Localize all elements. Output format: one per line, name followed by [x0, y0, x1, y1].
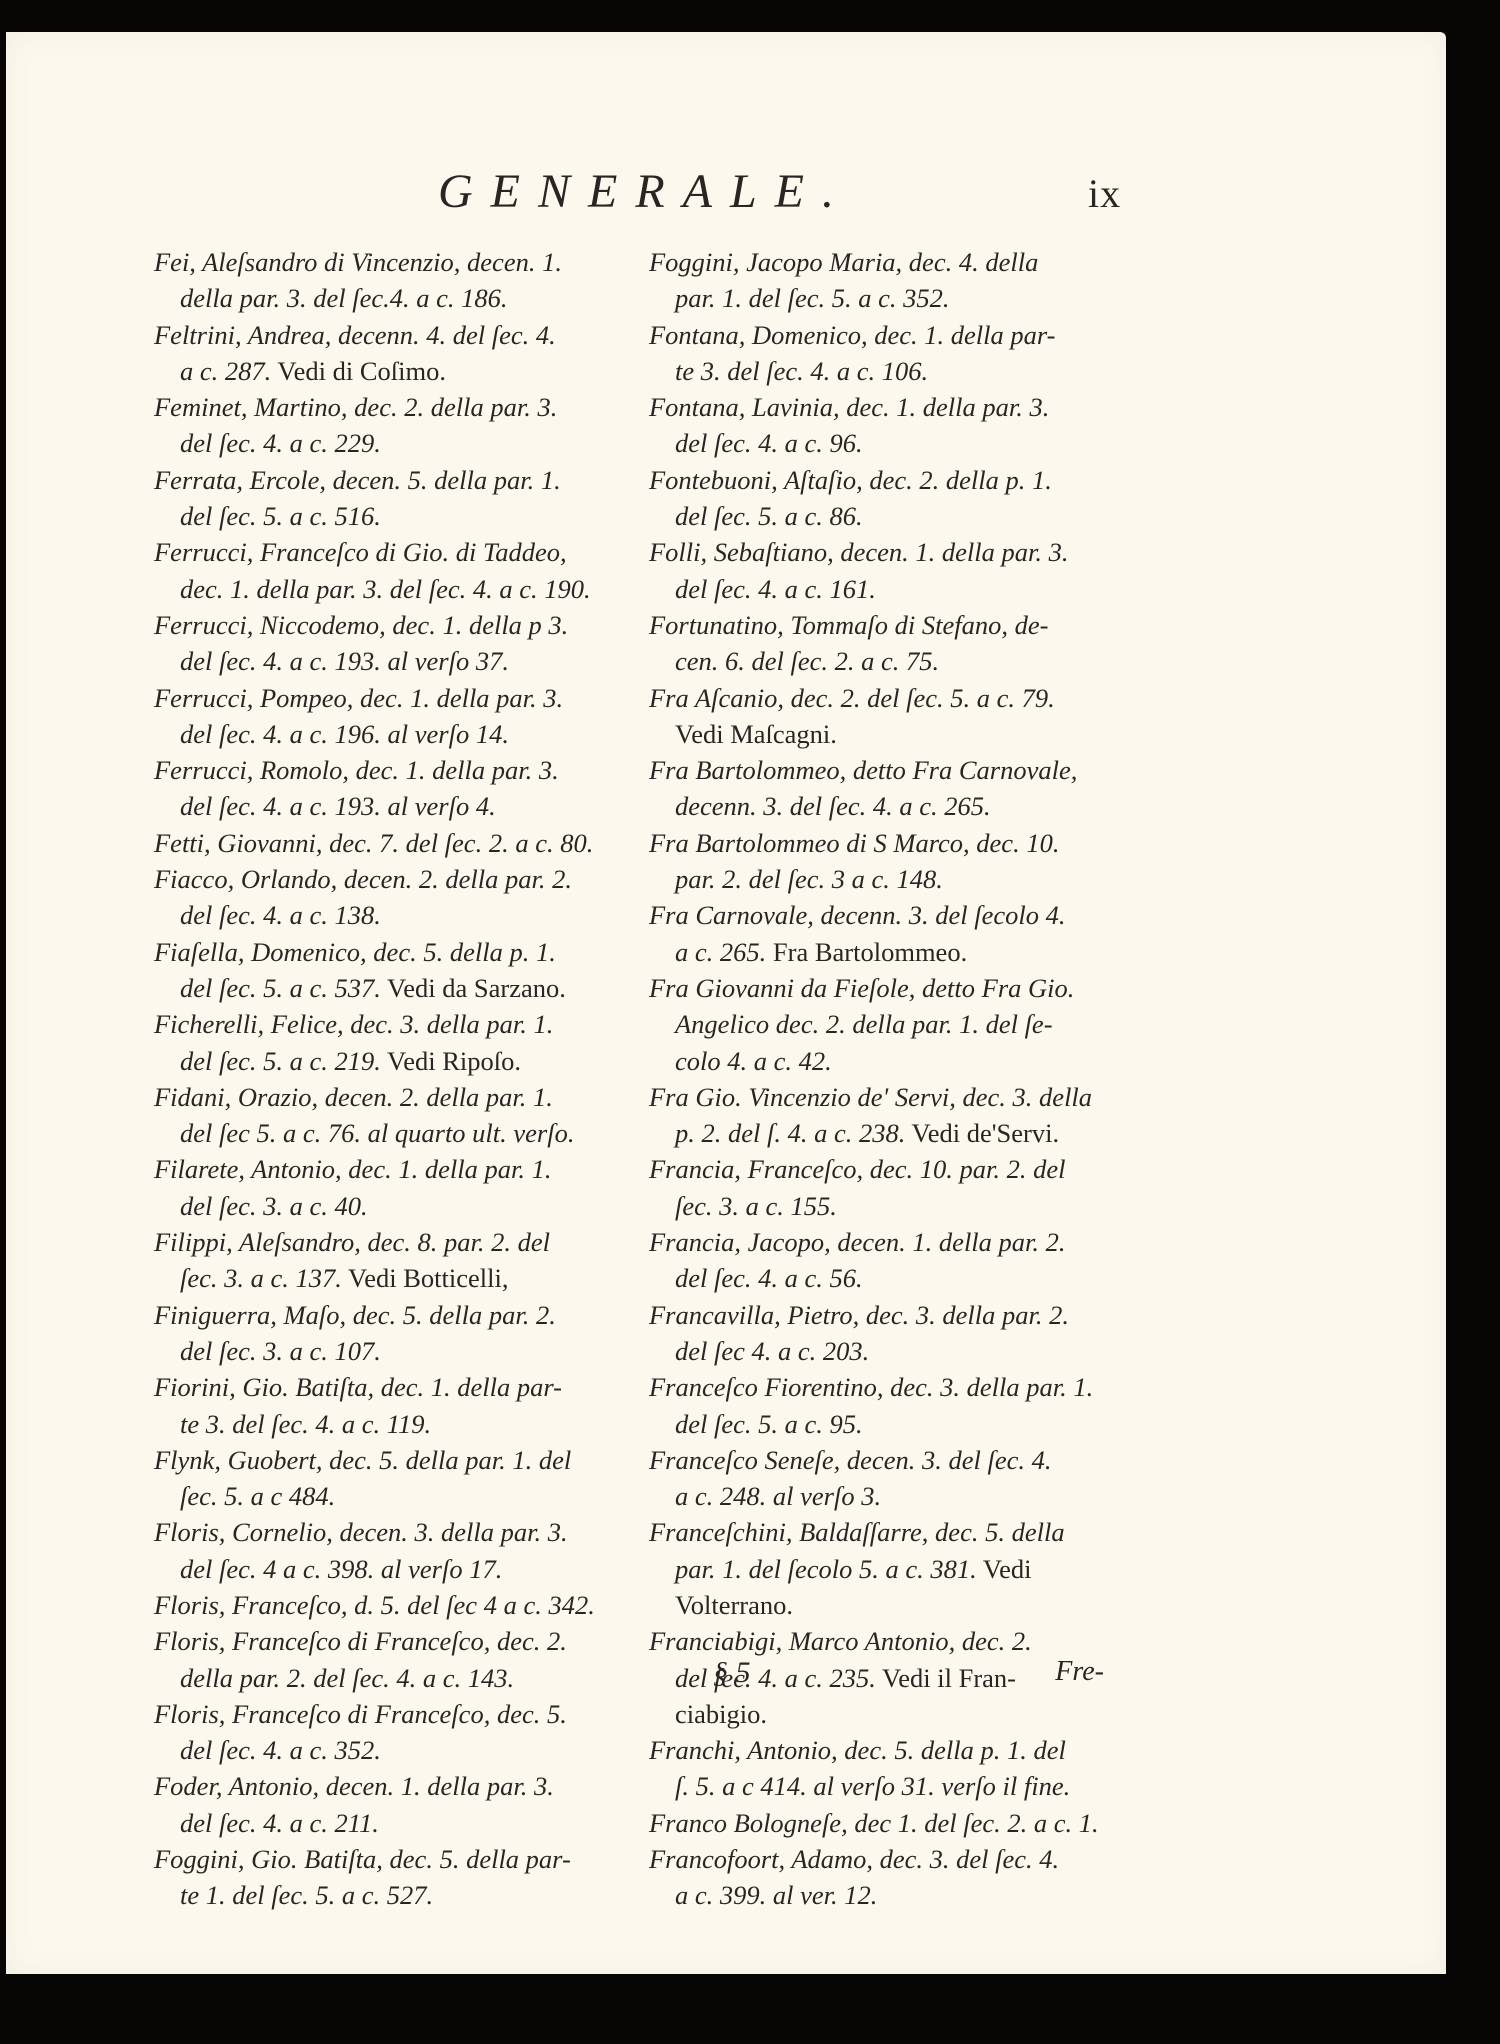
- entry-text: ſec. 3. a c. 155.: [675, 1191, 837, 1221]
- entry-text: p. 2. del ſ. 4. a c. 238.: [675, 1118, 905, 1148]
- entry-heading-line: Franco Bologneſe, dec 1. del ſec. 2. a c…: [649, 1805, 1144, 1841]
- entry-text: del ſec. 5. a c. 516.: [180, 501, 381, 531]
- entry-heading-line: Ferrucci, Niccodemo, dec. 1. della p 3.: [154, 607, 614, 643]
- entry-text: Francofoort, Adamo, dec. 3. del ſec. 4.: [649, 1844, 1059, 1874]
- entry-text: Angelico dec. 2. della par. 1. del ſe-: [675, 1009, 1053, 1039]
- entry-text: del ſec. 4. a c. 196. al verſo 14.: [180, 719, 509, 749]
- entry-text: Folli, Sebaſtiano, decen. 1. della par. …: [649, 537, 1069, 567]
- entry-continuation-line: Volterrano.: [649, 1587, 1144, 1623]
- entry-heading-line: Foder, Antonio, decen. 1. della par. 3.: [154, 1768, 614, 1804]
- entry-continuation-line: del ſec. 4. a c. 211.: [154, 1805, 614, 1841]
- entry-text: Foder, Antonio, decen. 1. della par. 3.: [154, 1771, 554, 1801]
- entry-continuation-line: Vedi Maſcagni.: [649, 716, 1144, 752]
- running-title: GENERALE.: [438, 164, 852, 219]
- entry-text: Fontana, Lavinia, dec. 1. della par. 3.: [649, 392, 1049, 422]
- entry-text: del ſec. 4. a c. 138.: [180, 900, 381, 930]
- entry-heading-line: Fetti, Giovanni, dec. 7. del ſec. 2. a c…: [154, 825, 614, 861]
- entry-continuation-line: del ſec. 4. a c. 96.: [649, 425, 1144, 461]
- entry-text: Filippi, Aleſsandro, dec. 8. par. 2. del: [154, 1227, 550, 1257]
- entry-text: par. 2. del ſec. 3 a c. 148.: [675, 864, 943, 894]
- index-entry: Ferrata, Ercole, decen. 5. della par. 1.…: [154, 462, 614, 535]
- index-entry: Feltrini, Andrea, decenn. 4. del ſec. 4.…: [154, 317, 614, 390]
- entry-continuation-line: ſec. 3. a c. 137. Vedi Botticelli,: [154, 1260, 614, 1296]
- entry-text: Ferrucci, Romolo, dec. 1. della par. 3.: [154, 755, 559, 785]
- entry-text: Ferrucci, Pompeo, dec. 1. della par. 3.: [154, 683, 563, 713]
- entry-text: del ſec. 5. a c. 219.: [180, 1046, 381, 1076]
- entry-text: Finiguerra, Maſo, dec. 5. della par. 2.: [154, 1300, 556, 1330]
- entry-continuation-line: ſec. 3. a c. 155.: [649, 1188, 1144, 1224]
- entry-continuation-line: del ſec. 4. a c. 56.: [649, 1260, 1144, 1296]
- entry-heading-line: Fortunatino, Tommaſo di Stefano, de-: [649, 607, 1144, 643]
- entry-heading-line: Francavilla, Pietro, dec. 3. della par. …: [649, 1297, 1144, 1333]
- entry-heading-line: Fiacco, Orlando, decen. 2. della par. 2.: [154, 861, 614, 897]
- index-entry: Filarete, Antonio, dec. 1. della par. 1.…: [154, 1151, 614, 1224]
- entry-heading-line: Fontana, Lavinia, dec. 1. della par. 3.: [649, 389, 1144, 425]
- entry-continuation-line: della par. 3. del ſec.4. a c. 186.: [154, 280, 614, 316]
- index-entry: Fra Aſcanio, dec. 2. del ſec. 5. a c. 79…: [649, 680, 1144, 753]
- entry-text: Franceſco Seneſe, decen. 3. del ſec. 4.: [649, 1445, 1051, 1475]
- entry-text: del ſec 4. a c. 203.: [675, 1336, 869, 1366]
- entry-continuation-line: a c. 287. Vedi di Coſimo.: [154, 353, 614, 389]
- entry-heading-line: Fei, Aleſsandro di Vincenzio, decen. 1.: [154, 244, 614, 280]
- entry-heading-line: Filippi, Aleſsandro, dec. 8. par. 2. del: [154, 1224, 614, 1260]
- entry-text: Fra Gio. Vincenzio de' Servi, dec. 3. de…: [649, 1082, 1092, 1112]
- index-entry: Francia, Jacopo, decen. 1. della par. 2.…: [649, 1224, 1144, 1297]
- entry-continuation-line: par. 1. del ſec. 5. a c. 352.: [649, 280, 1144, 316]
- entry-heading-line: Francia, Jacopo, decen. 1. della par. 2.: [649, 1224, 1144, 1260]
- cross-reference: Vedi da Sarzano.: [381, 973, 566, 1003]
- book-page: GENERALE. ix Fei, Aleſsandro di Vincenzi…: [6, 32, 1446, 1974]
- entry-text: Francia, Jacopo, decen. 1. della par. 2.: [649, 1227, 1066, 1257]
- cross-reference: ciabigio.: [675, 1699, 767, 1729]
- entry-text: della par. 3. del ſec.4. a c. 186.: [180, 283, 508, 313]
- entry-text: te 3. del ſec. 4. a c. 119.: [180, 1409, 431, 1439]
- entry-text: Fontebuoni, Aſtaſio, dec. 2. della p. 1.: [649, 465, 1052, 495]
- entry-continuation-line: della par. 2. del ſec. 4. a c. 143.: [154, 1660, 614, 1696]
- entry-text: te 3. del ſec. 4. a c. 106.: [675, 356, 928, 386]
- entry-text: a c. 248. al verſo 3.: [675, 1481, 881, 1511]
- index-entry: Foder, Antonio, decen. 1. della par. 3.d…: [154, 1768, 614, 1841]
- page-number: ix: [1088, 170, 1121, 217]
- cross-reference: Vedi di Coſimo.: [271, 356, 446, 386]
- entry-text: par. 1. del ſecolo 5. a c. 381.: [675, 1554, 977, 1584]
- entry-text: Franciabigi, Marco Antonio, dec. 2.: [649, 1626, 1032, 1656]
- entry-continuation-line: cen. 6. del ſec. 2. a c. 75.: [649, 643, 1144, 679]
- entry-continuation-line: a c. 248. al verſo 3.: [649, 1478, 1144, 1514]
- entry-heading-line: Franchi, Antonio, dec. 5. della p. 1. de…: [649, 1732, 1144, 1768]
- entry-continuation-line: del ſec. 4. a c. 193. al verſo 4.: [154, 788, 614, 824]
- entry-heading-line: Fra Bartolommeo, detto Fra Carnovale,: [649, 752, 1144, 788]
- entry-text: Franchi, Antonio, dec. 5. della p. 1. de…: [649, 1735, 1066, 1765]
- entry-text: Fra Giovanni da Fieſole, detto Fra Gio.: [649, 973, 1074, 1003]
- index-entry: Fra Bartolommeo, detto Fra Carnovale,dec…: [649, 752, 1144, 825]
- index-entry: Fetti, Giovanni, dec. 7. del ſec. 2. a c…: [154, 825, 614, 861]
- entry-continuation-line: decenn. 3. del ſec. 4. a c. 265.: [649, 788, 1144, 824]
- index-entry: Ferrucci, Romolo, dec. 1. della par. 3.d…: [154, 752, 614, 825]
- index-entry: Fra Giovanni da Fieſole, detto Fra Gio.A…: [649, 970, 1144, 1079]
- entry-text: del ſec. 5. a c. 95.: [675, 1409, 863, 1439]
- index-entry: Fontana, Domenico, dec. 1. della par-te …: [649, 317, 1144, 390]
- entry-text: Ferrucci, Niccodemo, dec. 1. della p 3.: [154, 610, 568, 640]
- entry-text: par. 1. del ſec. 5. a c. 352.: [675, 283, 950, 313]
- entry-heading-line: Fra Giovanni da Fieſole, detto Fra Gio.: [649, 970, 1144, 1006]
- entry-continuation-line: ciabigio.: [649, 1696, 1144, 1732]
- entry-heading-line: Fontana, Domenico, dec. 1. della par-: [649, 317, 1144, 353]
- entry-heading-line: Ficherelli, Felice, dec. 3. della par. 1…: [154, 1006, 614, 1042]
- entry-text: ſ. 5. a c 414. al verſo 31. verſo il fin…: [675, 1771, 1070, 1801]
- entry-continuation-line: del ſec. 5. a c. 219. Vedi Ripoſo.: [154, 1043, 614, 1079]
- entry-continuation-line: p. 2. del ſ. 4. a c. 238. Vedi de'Servi.: [649, 1115, 1144, 1151]
- entry-text: Fiorini, Gio. Batiſta, dec. 1. della par…: [154, 1372, 562, 1402]
- entry-heading-line: Fra Carnovale, decenn. 3. del ſecolo 4.: [649, 897, 1144, 933]
- entry-heading-line: Fidani, Orazio, decen. 2. della par. 1.: [154, 1079, 614, 1115]
- entry-continuation-line: del ſec. 4 a c. 398. al verſo 17.: [154, 1551, 614, 1587]
- entry-text: Fra Carnovale, decenn. 3. del ſecolo 4.: [649, 900, 1066, 930]
- entry-continuation-line: te 1. del ſec. 5. a c. 527.: [154, 1877, 614, 1913]
- entry-text: Franceſchini, Baldaſſarre, dec. 5. della: [649, 1517, 1065, 1547]
- cross-reference: Volterrano.: [675, 1590, 793, 1620]
- entry-heading-line: Foggini, Jacopo Maria, dec. 4. della: [649, 244, 1144, 280]
- catchword: Fre-: [1055, 1656, 1104, 1688]
- entry-text: Fetti, Giovanni, dec. 7. del ſec. 2. a c…: [154, 828, 593, 858]
- index-entry: Fiacco, Orlando, decen. 2. della par. 2.…: [154, 861, 614, 934]
- entry-text: colo 4. a c. 42.: [675, 1046, 832, 1076]
- entry-continuation-line: Angelico dec. 2. della par. 1. del ſe-: [649, 1006, 1144, 1042]
- index-entry: Franceſchini, Baldaſſarre, dec. 5. della…: [649, 1514, 1144, 1623]
- entry-text: Fortunatino, Tommaſo di Stefano, de-: [649, 610, 1048, 640]
- entry-text: Fidani, Orazio, decen. 2. della par. 1.: [154, 1082, 553, 1112]
- entry-continuation-line: a c. 265. Fra Bartolommeo.: [649, 934, 1144, 970]
- entry-text: del ſec. 4 a c. 398. al verſo 17.: [180, 1554, 502, 1584]
- index-entry: Fontana, Lavinia, dec. 1. della par. 3.d…: [649, 389, 1144, 462]
- entry-heading-line: Fiorini, Gio. Batiſta, dec. 1. della par…: [154, 1369, 614, 1405]
- index-entry: Floris, Cornelio, decen. 3. della par. 3…: [154, 1514, 614, 1587]
- entry-text: Floris, Franceſco, d. 5. del ſec 4 a c. …: [154, 1590, 595, 1620]
- index-entry: Floris, Franceſco di Franceſco, dec. 2.d…: [154, 1623, 614, 1696]
- index-entry: Fiaſella, Domenico, dec. 5. della p. 1.d…: [154, 934, 614, 1007]
- entry-continuation-line: par. 2. del ſec. 3 a c. 148.: [649, 861, 1144, 897]
- entry-heading-line: Finiguerra, Maſo, dec. 5. della par. 2.: [154, 1297, 614, 1333]
- entry-text: Fra Bartolommeo di S Marco, dec. 10.: [649, 828, 1059, 858]
- signature-mark: § 5: [713, 1656, 751, 1690]
- entry-heading-line: Fra Aſcanio, dec. 2. del ſec. 5. a c. 79…: [649, 680, 1144, 716]
- entry-text: Fra Aſcanio, dec. 2. del ſec. 5. a c. 79…: [649, 683, 1055, 713]
- entry-text: del ſec. 4. a c. 229.: [180, 428, 381, 458]
- entry-text: Fiaſella, Domenico, dec. 5. della p. 1.: [154, 937, 556, 967]
- entry-text: Ferrucci, Franceſco di Gio. di Taddeo,: [154, 537, 567, 567]
- entry-continuation-line: dec. 1. della par. 3. del ſec. 4. a c. 1…: [154, 571, 614, 607]
- entry-text: del ſec. 4. a c. 161.: [675, 574, 876, 604]
- entry-text: del ſec. 3. a c. 107.: [180, 1336, 381, 1366]
- entry-text: a c. 287.: [180, 356, 271, 386]
- entry-text: Flynk, Guobert, dec. 5. della par. 1. de…: [154, 1445, 571, 1475]
- entry-heading-line: Ferrata, Ercole, decen. 5. della par. 1.: [154, 462, 614, 498]
- entry-text: del ſec. 3. a c. 40.: [180, 1191, 368, 1221]
- entry-continuation-line: del ſec. 4. a c. 138.: [154, 897, 614, 933]
- entry-continuation-line: del ſec. 3. a c. 40.: [154, 1188, 614, 1224]
- entry-text: te 1. del ſec. 5. a c. 527.: [180, 1880, 433, 1910]
- index-entry: Feminet, Martino, dec. 2. della par. 3.d…: [154, 389, 614, 462]
- index-entry: Francavilla, Pietro, dec. 3. della par. …: [649, 1297, 1144, 1370]
- entry-heading-line: Flynk, Guobert, dec. 5. della par. 1. de…: [154, 1442, 614, 1478]
- entry-continuation-line: del ſec. 4. a c. 161.: [649, 571, 1144, 607]
- entry-heading-line: Floris, Franceſco, d. 5. del ſec 4 a c. …: [154, 1587, 614, 1623]
- index-entry: Ferrucci, Pompeo, dec. 1. della par. 3.d…: [154, 680, 614, 753]
- entry-heading-line: Fontebuoni, Aſtaſio, dec. 2. della p. 1.: [649, 462, 1144, 498]
- entry-text: a c. 265.: [675, 937, 766, 967]
- entry-heading-line: Feminet, Martino, dec. 2. della par. 3.: [154, 389, 614, 425]
- entry-text: Ficherelli, Felice, dec. 3. della par. 1…: [154, 1009, 553, 1039]
- entry-heading-line: Ferrucci, Franceſco di Gio. di Taddeo,: [154, 534, 614, 570]
- entry-text: del ſec. 4. a c. 352.: [180, 1735, 381, 1765]
- entry-continuation-line: del ſec. 4. a c. 196. al verſo 14.: [154, 716, 614, 752]
- index-entry: Fontebuoni, Aſtaſio, dec. 2. della p. 1.…: [649, 462, 1144, 535]
- index-entry: Franco Bologneſe, dec 1. del ſec. 2. a c…: [649, 1805, 1144, 1841]
- cross-reference: Vedi Maſcagni.: [675, 719, 837, 749]
- index-entry: Folli, Sebaſtiano, decen. 1. della par. …: [649, 534, 1144, 607]
- entry-text: Ferrata, Ercole, decen. 5. della par. 1.: [154, 465, 561, 495]
- entry-text: del ſec. 4. a c. 193. al verſo 37.: [180, 646, 509, 676]
- index-entry: Fortunatino, Tommaſo di Stefano, de-cen.…: [649, 607, 1144, 680]
- index-entry: Franchi, Antonio, dec. 5. della p. 1. de…: [649, 1732, 1144, 1805]
- entry-heading-line: Feltrini, Andrea, decenn. 4. del ſec. 4.: [154, 317, 614, 353]
- entry-heading-line: Franciabigi, Marco Antonio, dec. 2.: [649, 1623, 1144, 1659]
- entry-text: del ſec 5. a c. 76. al quarto ult. verſo…: [180, 1118, 575, 1148]
- entry-text: Francavilla, Pietro, dec. 3. della par. …: [649, 1300, 1069, 1330]
- entry-text: Floris, Franceſco di Franceſco, dec. 5.: [154, 1699, 567, 1729]
- index-entry: Ficherelli, Felice, dec. 3. della par. 1…: [154, 1006, 614, 1079]
- entry-text: a c. 399. al ver. 12.: [675, 1880, 877, 1910]
- index-entry: Ferrucci, Franceſco di Gio. di Taddeo,de…: [154, 534, 614, 607]
- entry-heading-line: Fra Gio. Vincenzio de' Servi, dec. 3. de…: [649, 1079, 1144, 1115]
- entry-text: del ſec. 5. a c. 537.: [180, 973, 381, 1003]
- index-entry: Fra Carnovale, decenn. 3. del ſecolo 4.a…: [649, 897, 1144, 970]
- index-entry: Fidani, Orazio, decen. 2. della par. 1.d…: [154, 1079, 614, 1152]
- entry-heading-line: Franceſco Seneſe, decen. 3. del ſec. 4.: [649, 1442, 1144, 1478]
- index-entry: Fra Bartolommeo di S Marco, dec. 10.par.…: [649, 825, 1144, 898]
- entry-text: Franceſco Fiorentino, dec. 3. della par.…: [649, 1372, 1093, 1402]
- entry-continuation-line: par. 1. del ſecolo 5. a c. 381. Vedi: [649, 1551, 1144, 1587]
- entry-text: Floris, Franceſco di Franceſco, dec. 2.: [154, 1626, 567, 1656]
- entry-text: dec. 1. della par. 3. del ſec. 4. a c. 1…: [180, 574, 591, 604]
- entry-continuation-line: del ſec. 4. a c. 352.: [154, 1732, 614, 1768]
- index-entry: Franceſco Seneſe, decen. 3. del ſec. 4.a…: [649, 1442, 1144, 1515]
- index-entry: Franceſco Fiorentino, dec. 3. della par.…: [649, 1369, 1144, 1442]
- index-entry: Fei, Aleſsandro di Vincenzio, decen. 1.d…: [154, 244, 614, 317]
- entry-heading-line: Floris, Franceſco di Franceſco, dec. 2.: [154, 1623, 614, 1659]
- entry-text: Francia, Franceſco, dec. 10. par. 2. del: [649, 1154, 1066, 1184]
- entry-text: Feminet, Martino, dec. 2. della par. 3.: [154, 392, 557, 422]
- page-footer: § 5 Fre-: [649, 1656, 1144, 1696]
- entry-continuation-line: del ſec. 4. a c. 193. al verſo 37.: [154, 643, 614, 679]
- entry-heading-line: Francofoort, Adamo, dec. 3. del ſec. 4.: [649, 1841, 1144, 1877]
- cross-reference: Vedi: [977, 1554, 1032, 1584]
- index-entry: Fra Gio. Vincenzio de' Servi, dec. 3. de…: [649, 1079, 1144, 1152]
- index-entry: Floris, Franceſco di Franceſco, dec. 5.d…: [154, 1696, 614, 1769]
- index-entry: Floris, Franceſco, d. 5. del ſec 4 a c. …: [154, 1587, 614, 1623]
- entry-text: della par. 2. del ſec. 4. a c. 143.: [180, 1663, 514, 1693]
- entry-text: del ſec. 4. a c. 56.: [675, 1263, 863, 1293]
- cross-reference: Vedi Botticelli,: [342, 1263, 509, 1293]
- entry-heading-line: Franceſco Fiorentino, dec. 3. della par.…: [649, 1369, 1144, 1405]
- entry-text: ſec. 3. a c. 137.: [180, 1263, 342, 1293]
- page-header: GENERALE. ix: [6, 164, 1446, 224]
- index-entry: Ferrucci, Niccodemo, dec. 1. della p 3.d…: [154, 607, 614, 680]
- entry-continuation-line: te 3. del ſec. 4. a c. 106.: [649, 353, 1144, 389]
- entry-text: Feltrini, Andrea, decenn. 4. del ſec. 4.: [154, 320, 556, 350]
- entry-continuation-line: del ſec. 5. a c. 86.: [649, 498, 1144, 534]
- entry-text: Fontana, Domenico, dec. 1. della par-: [649, 320, 1055, 350]
- entry-heading-line: Floris, Cornelio, decen. 3. della par. 3…: [154, 1514, 614, 1550]
- entry-text: Filarete, Antonio, dec. 1. della par. 1.: [154, 1154, 551, 1184]
- index-entry: Francia, Franceſco, dec. 10. par. 2. del…: [649, 1151, 1144, 1224]
- entry-continuation-line: ſec. 5. a c 484.: [154, 1478, 614, 1514]
- entry-continuation-line: del ſec. 4. a c. 229.: [154, 425, 614, 461]
- entry-text: Fra Bartolommeo, detto Fra Carnovale,: [649, 755, 1077, 785]
- cross-reference: Fra Bartolommeo.: [766, 937, 967, 967]
- entry-text: Fiacco, Orlando, decen. 2. della par. 2.: [154, 864, 572, 894]
- entry-text: del ſec. 4. a c. 211.: [180, 1808, 379, 1838]
- entry-continuation-line: ſ. 5. a c 414. al verſo 31. verſo il fin…: [649, 1768, 1144, 1804]
- entry-continuation-line: del ſec. 5. a c. 537. Vedi da Sarzano.: [154, 970, 614, 1006]
- entry-text: Foggini, Jacopo Maria, dec. 4. della: [649, 247, 1038, 277]
- entry-continuation-line: del ſec 4. a c. 203.: [649, 1333, 1144, 1369]
- entry-text: ſec. 5. a c 484.: [180, 1481, 335, 1511]
- entry-continuation-line: a c. 399. al ver. 12.: [649, 1877, 1144, 1913]
- entry-continuation-line: del ſec. 5. a c. 95.: [649, 1406, 1144, 1442]
- entry-text: Floris, Cornelio, decen. 3. della par. 3…: [154, 1517, 568, 1547]
- entry-heading-line: Foggini, Gio. Batiſta, dec. 5. della par…: [154, 1841, 614, 1877]
- entry-heading-line: Ferrucci, Pompeo, dec. 1. della par. 3.: [154, 680, 614, 716]
- entry-heading-line: Ferrucci, Romolo, dec. 1. della par. 3.: [154, 752, 614, 788]
- index-entry: Finiguerra, Maſo, dec. 5. della par. 2.d…: [154, 1297, 614, 1370]
- entry-text: del ſec. 4. a c. 193. al verſo 4.: [180, 791, 496, 821]
- entry-continuation-line: del ſec 5. a c. 76. al quarto ult. verſo…: [154, 1115, 614, 1151]
- entry-text: del ſec. 5. a c. 86.: [675, 501, 863, 531]
- entry-text: Franco Bologneſe, dec 1. del ſec. 2. a c…: [649, 1808, 1099, 1838]
- entry-heading-line: Fiaſella, Domenico, dec. 5. della p. 1.: [154, 934, 614, 970]
- entry-heading-line: Franceſchini, Baldaſſarre, dec. 5. della: [649, 1514, 1144, 1550]
- entry-heading-line: Floris, Franceſco di Franceſco, dec. 5.: [154, 1696, 614, 1732]
- entry-heading-line: Fra Bartolommeo di S Marco, dec. 10.: [649, 825, 1144, 861]
- entry-text: del ſec. 4. a c. 96.: [675, 428, 863, 458]
- entry-continuation-line: del ſec. 3. a c. 107.: [154, 1333, 614, 1369]
- entry-heading-line: Folli, Sebaſtiano, decen. 1. della par. …: [649, 534, 1144, 570]
- index-entry: Flynk, Guobert, dec. 5. della par. 1. de…: [154, 1442, 614, 1515]
- entry-heading-line: Filarete, Antonio, dec. 1. della par. 1.: [154, 1151, 614, 1187]
- index-entry: Filippi, Aleſsandro, dec. 8. par. 2. del…: [154, 1224, 614, 1297]
- index-entry: Foggini, Gio. Batiſta, dec. 5. della par…: [154, 1841, 614, 1914]
- index-entry: Francofoort, Adamo, dec. 3. del ſec. 4.a…: [649, 1841, 1144, 1914]
- entry-text: decenn. 3. del ſec. 4. a c. 265.: [675, 791, 991, 821]
- entry-heading-line: Francia, Franceſco, dec. 10. par. 2. del: [649, 1151, 1144, 1187]
- index-entry: Foggini, Jacopo Maria, dec. 4. dellapar.…: [649, 244, 1144, 317]
- cross-reference: Vedi Ripoſo.: [381, 1046, 521, 1076]
- index-column-left: Fei, Aleſsandro di Vincenzio, decen. 1.d…: [154, 244, 614, 1914]
- entry-text: Foggini, Gio. Batiſta, dec. 5. della par…: [154, 1844, 571, 1874]
- entry-text: Fei, Aleſsandro di Vincenzio, decen. 1.: [154, 247, 562, 277]
- cross-reference: Vedi de'Servi.: [905, 1118, 1059, 1148]
- entry-continuation-line: del ſec. 5. a c. 516.: [154, 498, 614, 534]
- entry-continuation-line: colo 4. a c. 42.: [649, 1043, 1144, 1079]
- index-entry: Fiorini, Gio. Batiſta, dec. 1. della par…: [154, 1369, 614, 1442]
- entry-continuation-line: te 3. del ſec. 4. a c. 119.: [154, 1406, 614, 1442]
- entry-text: cen. 6. del ſec. 2. a c. 75.: [675, 646, 939, 676]
